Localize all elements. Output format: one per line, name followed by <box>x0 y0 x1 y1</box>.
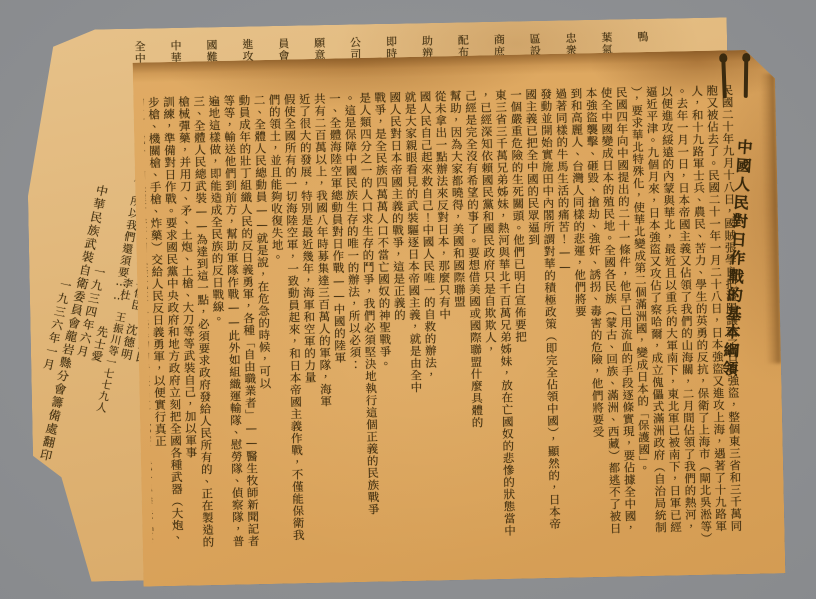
document-photo: 全中中華民國難進攻員會願意的公司即時實行助辨配布商庶區設忠衆葉氣鴨 了那麼。所以… <box>0 0 816 599</box>
front-sheet: 中國人民對日作戰的基本綱領 民國二十年九月十八日，國賊張學良把瀋陽讓給了日本強盜… <box>133 49 786 586</box>
edge-stain <box>760 73 781 363</box>
document-body: 中國人民對日作戰的基本綱領 民國二十年九月十八日，國賊張學良把瀋陽讓給了日本強盜… <box>143 84 767 563</box>
